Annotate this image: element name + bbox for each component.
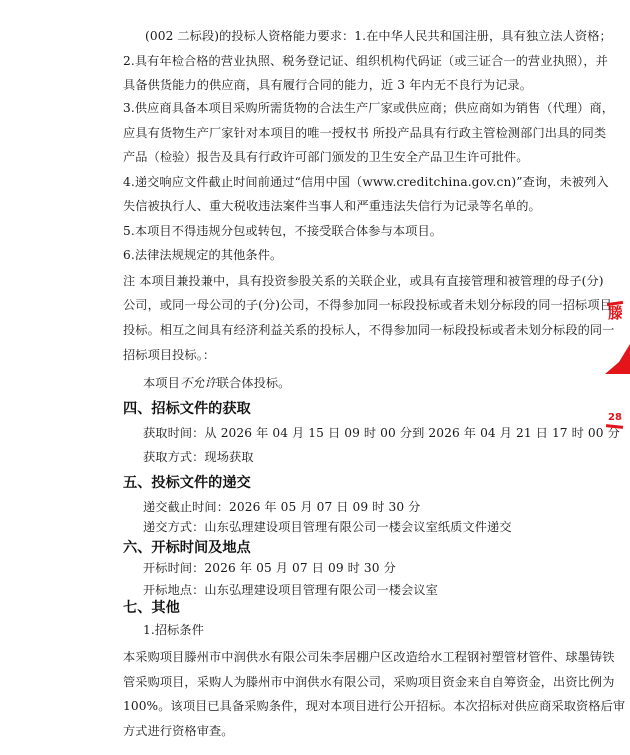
section-heading-other: 七、其他 — [123, 599, 180, 617]
eligibility-note-line-2: 公司，或同一母公司的子(分)公司，不得参加同一标段投标或者未划分标段的同一招标项… — [123, 297, 612, 313]
tender-conditions-line-1: 本采购项目滕州市中润供水有限公司朱李居棚户区改造给水工程钢衬塑管材管件、球墨铸铁 — [123, 649, 615, 665]
tender-conditions-line-2: 管采购项目，采购人为滕州市中润供水有限公司，采购项目资金来自自筹资金，出资比例为 — [123, 674, 615, 690]
opening-place: 开标地点：山东弘理建设项目管理有限公司一楼会议室 — [143, 582, 438, 598]
seal-text-bottom: 28 — [608, 412, 622, 423]
tender-conditions-subheading: 1.招标条件 — [143, 622, 204, 638]
tender-conditions-line-4: 方式进行资格审查。 — [123, 723, 234, 739]
section-heading-document-acquisition: 四、招标文件的获取 — [123, 400, 251, 418]
consortium-not-allowed: 不允许 — [180, 376, 217, 390]
section-heading-bid-opening: 六、开标时间及地点 — [123, 539, 251, 557]
acquisition-method: 获取方式：现场获取 — [143, 449, 254, 465]
acquisition-time: 获取时间：从 2026 年 04 月 15 日 09 时 00 分到 2026 … — [143, 425, 620, 441]
section-heading-bid-submission: 五、投标文件的递交 — [123, 474, 251, 492]
consortium-prefix: 本项目 — [143, 376, 180, 390]
eligibility-line-8: 失信被执行人、重大税收违法案件当事人和严重违法失信行为记录等名单的。 — [123, 198, 541, 214]
eligibility-line-4: 3.供应商具备本项目采购所需货物的合法生产厂家或供应商；供应商如为销售（代理）商… — [123, 100, 614, 116]
seal-star-icon — [605, 344, 630, 374]
eligibility-note-line-4: 招标项目投标。： — [123, 347, 215, 363]
submission-deadline: 递交截止时间：2026 年 05 月 07 日 09 时 30 分 — [143, 499, 420, 515]
opening-time: 开标时间：2026 年 05 月 07 日 09 时 30 分 — [143, 560, 396, 576]
consortium-suffix: 联合体投标。 — [217, 376, 291, 390]
eligibility-note-line-3: 投标。相互之间具有经济利益关系的投标人，不得参加同一标段投标或者未划分标段的同一 — [123, 322, 615, 338]
eligibility-line-10: 6.法律法规规定的其他条件。 — [123, 247, 282, 263]
submission-method: 递交方式：山东弘理建设项目管理有限公司一楼会议室纸质文件递交 — [143, 519, 512, 535]
consortium-statement: 本项目不允许联合体投标。 — [143, 375, 290, 391]
eligibility-line-2: 2.具有年检合格的营业执照、税务登记证、组织机构代码证（或三证合一的营业执照），… — [123, 53, 608, 69]
eligibility-line-1: (002 二标段)的投标人资格能力要求：1.在中华人民共和国注册，具有独立法人资… — [145, 28, 612, 44]
seal-char-top: 滕 — [608, 305, 622, 321]
eligibility-line-7: 4.递交响应文件截止时间前通过“信用中国（www.creditchina.gov… — [123, 174, 609, 190]
eligibility-line-5: 应具有货物生产厂家针对本项目的唯一授权书 所投产品具有行政主管检测部门出具的同类 — [123, 125, 606, 141]
eligibility-line-3: 具备供货能力的供应商，具有履行合同的能力，近 3 年内无不良行为记录。 — [123, 77, 532, 93]
eligibility-line-9: 5.本项目不得违规分包或转包，不接受联合体参与本项目。 — [123, 223, 442, 239]
eligibility-line-6: 产品（检验）报告及具有行政许可部门颁发的卫生安全产品卫生许可批件。 — [123, 149, 529, 165]
eligibility-note-line-1: 注 本项目兼投兼中，具有投资参股关系的关联企业，或具有直接管理和被管理的母子(分… — [123, 273, 604, 289]
tender-conditions-line-3: 100%。该项目已具备采购条件，现对本项目进行公开招标。本次招标对供应商采取资格… — [123, 698, 625, 714]
